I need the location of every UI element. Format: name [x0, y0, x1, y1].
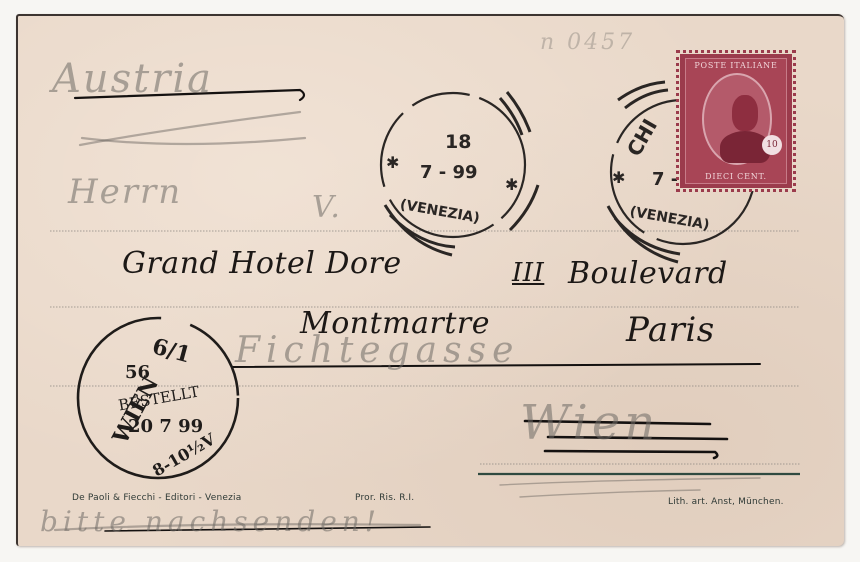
- pencil-reference: n 0457: [540, 30, 635, 55]
- portrait-head-icon: [732, 95, 758, 131]
- pencil-salutation: Herrn: [68, 172, 182, 212]
- pencil-city: Wien: [520, 395, 659, 451]
- strike-city-3: [545, 451, 717, 458]
- pencil-initial: V.: [312, 190, 342, 225]
- stamp-country: POSTE ITALIANE: [686, 61, 786, 70]
- svg-text:✱: ✱: [386, 153, 399, 172]
- postmark-2-town: CHI: [622, 115, 662, 161]
- pencil-country: Austria: [52, 56, 213, 102]
- pencil-footer-note: bitte nachsenden!: [40, 505, 381, 538]
- postmark-1-date: 7 - 99: [420, 162, 478, 183]
- postmark-1-day: 18: [445, 131, 471, 153]
- ink-address-line1: Grand Hotel Dore: [122, 246, 402, 281]
- postmark-3-number: 56: [125, 362, 150, 383]
- ink-address-number: III: [512, 258, 544, 288]
- svg-text:✱: ✱: [505, 175, 518, 194]
- postage-stamp: POSTE ITALIANE 10 DIECI CENT.: [680, 54, 792, 188]
- stamp-portrait-frame: [702, 73, 772, 165]
- ink-city: Paris: [626, 310, 715, 350]
- postmark-3-office: 6/1: [149, 333, 193, 368]
- publisher-credit: De Paoli & Fiecchi - Editori - Venezia: [72, 493, 241, 503]
- printer-credit: Lith. art. Anst, München.: [668, 497, 784, 507]
- stamp-denomination-text: DIECI CENT.: [686, 172, 786, 181]
- postmark-1-region: (VENEZIA): [399, 197, 481, 227]
- ink-address-line1b: Boulevard: [568, 256, 728, 291]
- svg-text:✱: ✱: [612, 168, 625, 187]
- postmark-3-date: 20 7 99: [128, 416, 203, 437]
- postmark-wien: WIEN 6/1 56 BESTELLT 20 7 99 8-10½V: [78, 318, 238, 480]
- ink-address-line2: Montmartre: [300, 306, 490, 341]
- stamp-denomination: 10: [762, 135, 782, 155]
- rights-notice: Pror. Ris. R.I.: [355, 493, 414, 503]
